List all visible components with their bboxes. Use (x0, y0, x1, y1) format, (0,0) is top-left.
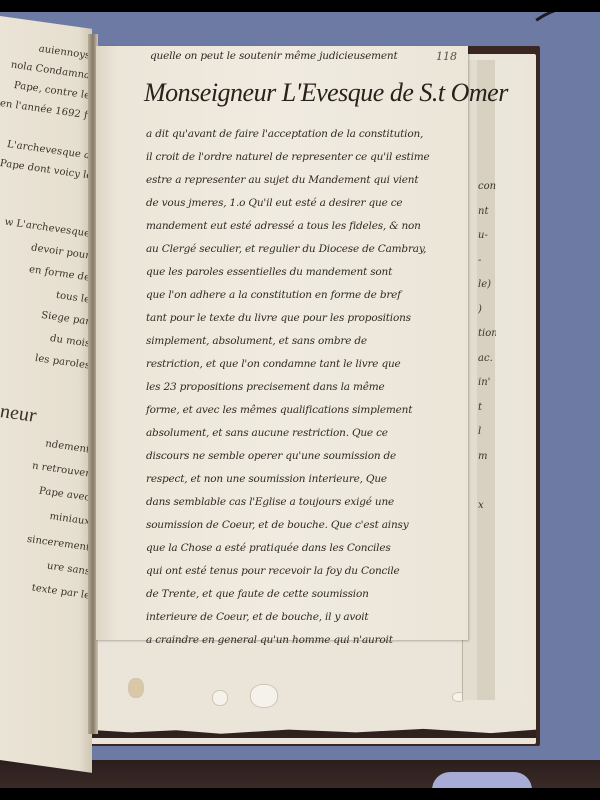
text-line: respect, et non une soumission interieur… (146, 473, 476, 485)
stain (212, 690, 228, 706)
left-fragment: ndement (0, 432, 90, 456)
page-edge-strip (494, 60, 525, 700)
letterbox-bottom (0, 788, 600, 800)
text-line: a dit qu'avant de faire l'acceptation de… (146, 128, 476, 140)
left-fragment: Pape dont voicy le (0, 158, 90, 182)
text-line: mandement eut esté adressé a tous les fi… (146, 220, 476, 232)
text-line: restriction, et que l'on condamne tant l… (146, 358, 476, 370)
text-line: estre a representer au sujet du Mandemen… (146, 174, 476, 186)
strip-fragment: u- (478, 224, 496, 249)
text-line: a craindre en general qu'un homme qui n'… (146, 634, 476, 646)
left-fragment: tous le (0, 282, 90, 306)
left-fragment: Pape, contre le (0, 78, 90, 102)
text-line: de vous jmeres, 1.o Qu'il eut esté a des… (146, 197, 476, 209)
left-fragment: auiennoys (0, 38, 90, 62)
left-fragment: L'archevesque a (0, 138, 90, 162)
text-line: que la Chose a esté pratiquée dans les C… (146, 542, 476, 554)
left-fragment: en forme de (0, 260, 90, 284)
text-line: de Trente, et que faute de cette soumiss… (146, 588, 476, 600)
left-fragment: w L'archevesque (0, 216, 90, 240)
left-fragment: n retrouver (0, 456, 90, 480)
left-fragment: ure sans (0, 554, 90, 578)
text-line: que les paroles essentielles du mandemen… (146, 266, 476, 278)
strip-fragment: nt (478, 200, 496, 225)
stain (128, 678, 144, 698)
left-fragment: les paroles (0, 348, 90, 372)
left-fragment: Siege par (0, 304, 90, 328)
left-fragment: devoir pour (0, 238, 90, 262)
strip-fragment: tion (478, 322, 496, 347)
text-line: que l'on adhere a la constitution en for… (146, 289, 476, 301)
left-fragment: du mois (0, 326, 90, 350)
text-line: soumission de Coeur, et de bouche. Que c… (146, 519, 476, 531)
text-line: absolument, et sans aucune restriction. … (146, 427, 476, 439)
text-line: dans semblable cas l'Eglise a toujours e… (146, 496, 476, 508)
left-fragment: nola Condamna (0, 58, 90, 82)
strip-fragment: l (478, 420, 496, 445)
text-line: forme, et avec les mêmes qualifications … (146, 404, 476, 416)
letterbox-top (0, 0, 600, 12)
left-fragment: sincerement (0, 530, 90, 554)
left-page: auiennoys nola Condamna Pape, contre le … (0, 16, 92, 773)
text-line: tant pour le texte du livre que pour les… (146, 312, 476, 324)
strip-fragment: x (478, 494, 496, 519)
left-fragment: Pape avec (0, 480, 90, 504)
text-line: les 23 propositions precisement dans la … (146, 381, 476, 393)
manuscript-page: 118 quelle on peut le soutenir même judi… (96, 46, 468, 640)
strip-fragment: in' (478, 371, 496, 396)
text-line: qui ont esté tenus pour recevoir la foy … (146, 565, 476, 577)
text-line: discours ne semble operer qu'une soumiss… (146, 450, 476, 462)
strip-fragment: le) (478, 273, 496, 298)
top-line: quelle on peut le soutenir même judicieu… (150, 50, 480, 62)
strip-fragment: con (478, 175, 496, 200)
strip-fragment: ) (478, 298, 496, 323)
strip-fragment (478, 469, 496, 494)
left-fragment: miniaux (0, 504, 90, 528)
strip-fragment: t (478, 396, 496, 421)
stain (250, 684, 278, 708)
text-line: il croit de l'ordre naturel de represent… (146, 151, 476, 163)
strip-text-fragments: con nt u- - le) ) tion ac. in' t l m x (478, 175, 496, 518)
strip-fragment: - (478, 249, 496, 274)
left-fragment: en l'année 1692 fon (0, 98, 90, 122)
left-fragment: texte par le (0, 578, 90, 602)
strip-fragment: m (478, 445, 496, 470)
text-line: simplement, absolument, et sans ombre de (146, 335, 476, 347)
text-line: interieure de Coeur, et de bouche, il y … (146, 611, 476, 623)
left-heading-fragment: neur (0, 400, 90, 436)
strip-fragment: ac. (478, 347, 496, 372)
section-heading: Monseigneur L'Evesque de S.t Omer (144, 78, 508, 108)
text-line: au Clergé seculier, et regulier du Dioce… (146, 243, 476, 255)
